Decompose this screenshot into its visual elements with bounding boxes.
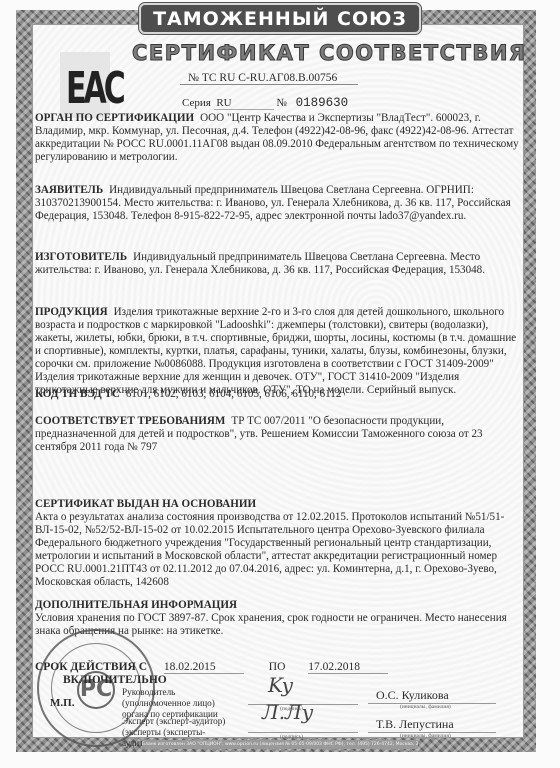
section-label: ИЗГОТОВИТЕЛЬ (35, 251, 127, 263)
blank-number: 0189630 (296, 96, 349, 110)
head-signature-icon: Ky (268, 673, 293, 697)
series-value: RU (214, 97, 274, 110)
section-product: ПРОДУКЦИЯИзделия трикотажные верхние 2-г… (35, 306, 521, 397)
section-certification-body: ОРГАН ПО СЕРТИФИКАЦИИООО "Центр Качества… (35, 112, 521, 164)
section-label: КОД ТН ВЭД ТС (35, 388, 120, 400)
section-tnved-code: КОД ТН ВЭД ТС6101, 6102, 6103, 6104, 610… (35, 388, 521, 401)
section-label: ДОПОЛНИТЕЛЬНАЯ ИНФОРМАЦИЯ (35, 599, 515, 612)
section-text: 6101, 6102, 6103, 6104, 6105, 6106, 6110… (126, 388, 342, 400)
name-caption: (инициалы, фамилия) (400, 733, 451, 739)
section-text: Изделия трикотажные верхние 2-го и 3-го … (35, 306, 516, 396)
printer-imprint: Бланк изготовлен ЗАО "ОПЦИОН", www.opcio… (142, 740, 418, 749)
section-label: ОРГАН ПО СЕРТИФИКАЦИИ (35, 112, 194, 124)
section-label: СЕРТИФИКАТ ВЫДАН НА ОСНОВАНИИ (35, 498, 515, 511)
head-name: О.С. Куликова (368, 688, 496, 704)
section-label: ПРОДУКЦИЯ (35, 306, 108, 318)
eac-mark-box: EAC (60, 52, 110, 118)
section-text: Индивидуальный предприниматель Швецова С… (35, 184, 511, 222)
expert-signature-icon: Л.Лу (262, 700, 313, 724)
customs-union-banner: ТАМОЖЕННЫЙ СОЮЗ (139, 3, 421, 34)
series-line: Серия RU № 0189630 (182, 96, 348, 110)
section-label: СООТВЕТСТВУЕТ ТРЕБОВАНИЯМ (35, 415, 225, 427)
section-text: Акта о результатах анализа состояния про… (35, 511, 521, 589)
certificate-page: ТАМОЖЕННЫЙ СОЮЗ СЕРТИФИКАТ СООТВЕТСТВИЯ … (0, 0, 560, 768)
section-basis: СЕРТИФИКАТ ВЫДАН НА ОСНОВАНИИ Акта о рез… (35, 498, 521, 589)
blank-number-label: № (276, 97, 287, 109)
section-requirements: СООТВЕТСТВУЕТ ТРЕБОВАНИЯМТР ТС 007/2011 … (35, 415, 521, 454)
valid-to-date: 17.02.2018 (308, 661, 388, 674)
section-applicant: ЗАЯВИТЕЛЬИндивидуальный предприниматель … (35, 184, 521, 223)
seal-place-label: М.П. (50, 697, 74, 709)
section-label: ЗАЯВИТЕЛЬ (35, 184, 103, 196)
certificate-number: № ТС RU C-RU.АГ08.В.00756 (180, 72, 358, 85)
validity-label: СРОК ДЕЙСТВИЯ С (35, 661, 147, 673)
name-caption: (инициалы, фамилия) (400, 704, 451, 710)
series-label: Серия (182, 97, 211, 109)
valid-to-label: ПО (269, 661, 286, 673)
section-manufacturer: ИЗГОТОВИТЕЛЬИндивидуальный предпринимате… (35, 251, 521, 277)
valid-from-date: 18.02.2015 (164, 661, 244, 674)
inclusive-label: ВКЛЮЧИТЕЛЬНО (63, 674, 167, 686)
expert-name: Т.В. Лепустина (368, 717, 496, 733)
eac-logo-icon: EAC (66, 64, 123, 115)
certificate-title: СЕРТИФИКАТ СООТВЕТСТВИЯ (132, 41, 527, 65)
